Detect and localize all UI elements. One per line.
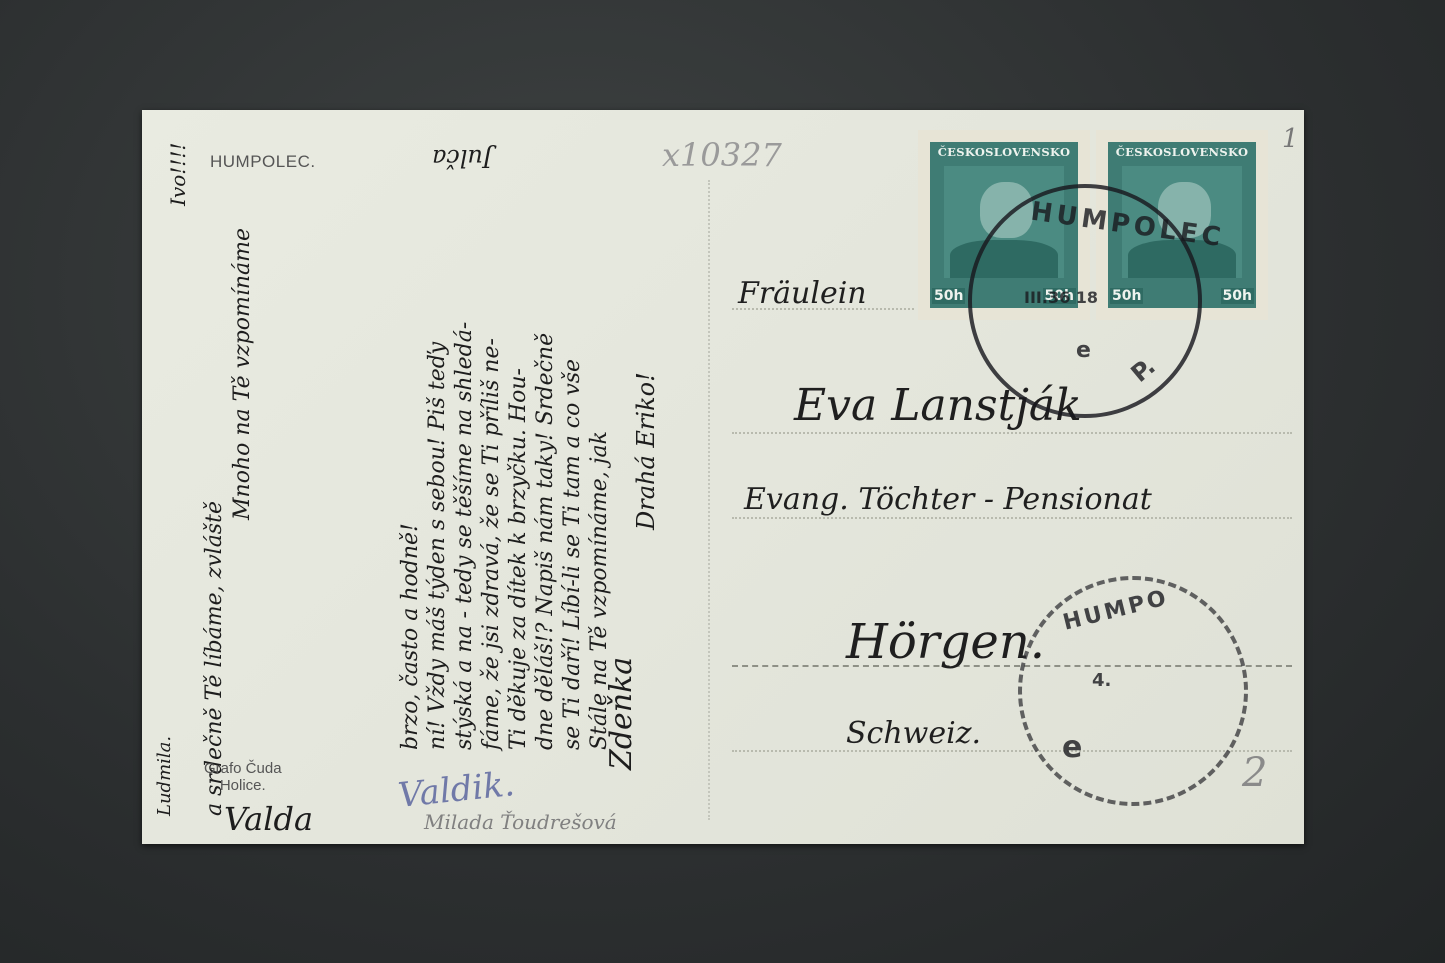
message-line: brzo, často a hodně!: [398, 523, 423, 750]
message-line: ní! Vždy máš týden s sebou! Piš teďy: [425, 342, 450, 750]
message-line: Ti děkuje za dítek k brzyčku. Hou-: [506, 368, 531, 750]
postmark-letter: e: [1076, 338, 1091, 363]
printer-line-2: Holice.: [204, 777, 282, 794]
signature-valda: Valda: [224, 800, 313, 838]
address-city: Hörgen.: [846, 614, 1045, 670]
center-divider: [708, 180, 710, 820]
closing-line: Mnoho na Tě vzpomínáme: [230, 228, 255, 520]
stamp-value: 50h: [1221, 288, 1254, 304]
margin-note: Ivo!!!!: [166, 143, 190, 206]
postmark-letter: e: [1062, 730, 1082, 765]
corner-number-top: 1: [1282, 124, 1299, 154]
postmark-town: HUMPO: [1061, 585, 1172, 635]
address-line: [732, 432, 1292, 434]
stamp-country: ČESKOSLOVENSKO: [1112, 145, 1252, 161]
message-greeting: Drahá Eriko!: [632, 372, 660, 530]
postmark-date: III.36 18: [1024, 288, 1098, 307]
message-line: dne děláš!? Napiš nám taky! Srdečně: [533, 333, 558, 750]
address-line: [732, 517, 1292, 519]
corner-number-bottom: 2: [1242, 750, 1267, 796]
address-salutation: Fräulein: [738, 276, 867, 311]
printer-line-1: Grafo Čuda: [204, 760, 282, 777]
address-country: Schweiz.: [846, 716, 981, 751]
message-line: fáme, že jsi zdravá, že se Ti příliš ne-: [479, 338, 504, 750]
printer-imprint: Grafo Čuda Holice.: [204, 760, 282, 794]
postmark-humpolec: HUMPOLEC III.36 18 e P.: [968, 184, 1202, 418]
message-line: se Ti daří! Líbí-li se Ti tam a co vše: [560, 359, 585, 750]
signature-valdik: Valdik.: [396, 764, 516, 816]
signature-pencil: Milada Ťoudrešová: [424, 810, 617, 834]
closing-line: Ludmila.: [154, 736, 175, 816]
postmark-date: 4.: [1092, 670, 1111, 691]
signature-vertical: Zdeňka: [604, 657, 639, 770]
stamp-country: ČESKOSLOVENSKO: [934, 145, 1074, 161]
postmark-suffix: P.: [1126, 352, 1161, 388]
stamp-value: 50h: [932, 288, 965, 304]
printed-title: HUMPOLEC.: [210, 152, 316, 172]
address-institution: Evang. Töchter - Pensionat: [744, 482, 1152, 517]
message-line: stýská a na - tedy se těšíme na shledá-: [452, 322, 477, 750]
handwritten-julca: Julča: [432, 144, 493, 172]
postcard: HUMPOLEC. x10327 1 2 Julča Ivo!!!! Drahá…: [142, 110, 1304, 844]
inventory-number: x10327: [662, 136, 782, 174]
postmark-humpolec-2: HUMPO 4. e: [1018, 576, 1248, 806]
